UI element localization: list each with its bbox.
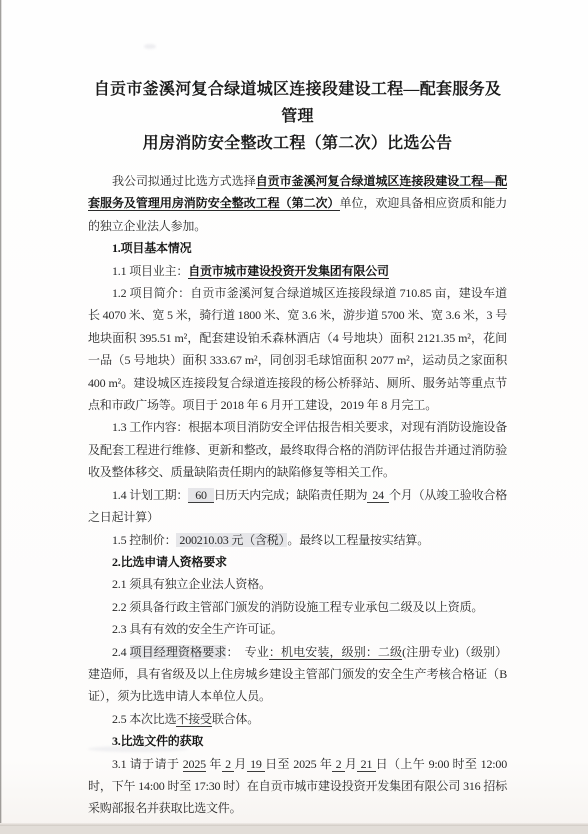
date-middle: 日至 2025 年: [265, 757, 332, 771]
item-1-4: 1.4 计划工期：60日历天内完成；缺陷责任期为24个月（从竣工验收合格之日起计…: [88, 484, 507, 529]
duration-label: 1.4 计划工期：: [112, 488, 188, 502]
section-2-heading: 2.比选申请人资格要求: [88, 551, 507, 573]
item-2-4: 2.4 项目经理资格要求： 专业：机电安装，级别：二级(注册专业)（级别）建造师…: [88, 641, 507, 708]
owner-label: 1.1 项目业主：: [112, 264, 188, 278]
intro-paragraph: 我公司拟通过比选方式选择自贡市釜溪河复合绿道城区连接段建设工程—配套服务及管理用…: [88, 170, 507, 237]
start-day: 19: [247, 757, 265, 772]
scan-bottom-edge: [0, 823, 588, 826]
item-2-4-number: 2.4: [112, 645, 130, 659]
scanned-notice-page: { "doc": { "title_line1": "自贡市釜溪河复合绿道城区连…: [0, 0, 588, 834]
item-1-3: 1.3 工作内容：根据本项目消防安全评估报告相关要求，对现有消防设施设备及配套工…: [88, 416, 507, 483]
intro-prefix: 我公司拟通过比选方式选择: [112, 174, 256, 188]
item-2-5: 2.5 本次比选不接受联合体。: [88, 708, 507, 730]
month-unit: 月: [234, 757, 246, 771]
price-suffix: 。最终以工程量按实结算。: [287, 533, 429, 547]
pm-requirement-label: 项目经理资格要求: [130, 645, 227, 659]
owner-name: 自贡市城市建设投资开发集团有限公司: [188, 264, 389, 279]
item-3-1-prefix: 3.1 请于请于: [112, 757, 183, 771]
item-1-1: 1.1 项目业主：自贡市城市建设投资开发集团有限公司: [88, 260, 507, 282]
item-1-5: 1.5 控制价：200210.03 元（含税）。最终以工程量按实结算。: [88, 529, 507, 551]
item-2-3: 2.3 具有有效的安全生产许可证。: [88, 618, 507, 640]
major-value: ：机电安装，级别：二级: [269, 645, 402, 660]
duration-value: 60: [188, 488, 214, 503]
start-month: 2: [222, 757, 235, 772]
defect-period-value: 24: [367, 488, 389, 503]
title-line-1: 自贡市釜溪河复合绿道城区连接段建设工程—配套服务及管理: [94, 81, 502, 125]
item-2-2: 2.2 须具备行政主管部门颁发的消防设施工程专业承包二级及以上资质。: [88, 596, 507, 618]
item-2-5-suffix: 联合体。: [212, 712, 259, 726]
section-1-heading: 1.项目基本情况: [88, 237, 507, 259]
item-2-1: 2.1 须具有独立企业法人资格。: [88, 573, 507, 595]
section-3-heading: 3.比选文件的获取: [88, 730, 507, 752]
major-label: 专业: [245, 645, 269, 659]
defect-label: 日历天内完成；缺陷责任期为: [214, 488, 367, 502]
item-2-5-prefix: 2.5 本次比选: [112, 712, 176, 726]
scan-smudge: [144, 44, 156, 49]
control-price-value: 200210.03 元（含税）: [176, 533, 287, 547]
document-page: 自贡市釜溪河复合绿道城区连接段建设工程—配套服务及管理 用房消防安全整改工程（第…: [0, 0, 588, 826]
scan-left-edge: [0, 0, 2, 826]
pm-colon: ：: [226, 645, 244, 659]
document-title: 自贡市釜溪河复合绿道城区连接段建设工程—配套服务及管理 用房消防安全整改工程（第…: [88, 76, 507, 157]
item-1-2: 1.2 项目简介：自贡市釜溪河复合绿道城区连接段绿道 710.85 亩，建设车道…: [88, 282, 507, 416]
no-consortium: 不接受: [176, 712, 211, 727]
document-body: 自贡市釜溪河复合绿道城区连接段建设工程—配套服务及管理 用房消防安全整改工程（第…: [88, 76, 507, 820]
month-unit-2: 月: [345, 757, 357, 771]
end-month: 2: [332, 757, 345, 772]
end-day: 21: [357, 757, 375, 772]
price-label: 1.5 控制价：: [112, 533, 176, 547]
title-line-2: 用房消防安全整改工程（第二次）比选公告: [143, 135, 453, 152]
start-year: 2025: [183, 757, 206, 772]
item-3-1: 3.1 请于请于 2025 年 2 月 19 日至 2025 年 2 月 21 …: [88, 753, 507, 820]
year-unit: 年: [206, 757, 222, 771]
